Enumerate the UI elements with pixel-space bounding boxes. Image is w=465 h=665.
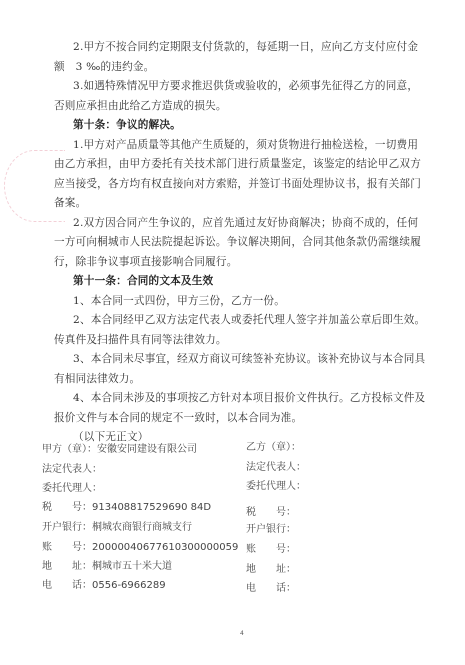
clause-11-item-3: 3、本合同未尽事宜，经双方商议可续签补充协议。该补充协议与本合同具有相同法律效力… xyxy=(54,350,426,389)
party-a-title: 甲方（章）：安徽安同建设有限公司 xyxy=(42,440,197,455)
clause-10-item-2: 2.双方因合同产生争议的，应首先通过友好协商解决；协商不成的，任何一方可向桐城市… xyxy=(54,214,426,273)
clause-11-item-1: 1、本合同一式四份，甲方三份，乙方一份。 xyxy=(54,292,426,312)
page-number: 4 xyxy=(240,630,244,637)
party-b-tax-row: 税号： xyxy=(246,503,296,518)
party-a-agent: 委托代理人： xyxy=(42,479,102,494)
party-a-legal-rep: 法定代表人： xyxy=(42,460,102,475)
contract-body: 2.甲方不按合同约定期限支付货款的，每延期一日，应向乙方支付应付金额 3 ‰的违… xyxy=(54,38,426,448)
clause-11-title: 第十一条：合同的文本及生效 xyxy=(54,272,426,292)
party-a-phone-value: 0556-6966289 xyxy=(92,580,166,591)
party-b-bank-row: 开户银行： xyxy=(246,520,296,535)
clause-10-item-1: 1.甲方对产品质量等其他产生质疑的，须对货物进行抽检送检，一切费用由乙方承担，由… xyxy=(54,136,426,214)
clause-10-title: 第十条：争议的解决。 xyxy=(54,116,426,136)
party-a-tax-value: 913408817529690 84D xyxy=(92,502,211,513)
party-b-account-row: 账号： xyxy=(246,540,296,555)
party-b-address-row: 地址： xyxy=(246,560,296,575)
party-a-account-row: 账号：20000040677610300000059 xyxy=(42,538,238,553)
party-a-phone-row: 电话：0556-6966289 xyxy=(42,576,166,591)
party-a-account-value: 20000040677610300000059 xyxy=(92,542,238,553)
clause-9-item-2: 2.甲方不按合同约定期限支付货款的，每延期一日，应向乙方支付应付金额 3 ‰的违… xyxy=(54,38,426,77)
clause-11-item-4: 4、本合同未涉及的事项按乙方针对本项目报价文件执行。乙方投标文件及报价文件与本合… xyxy=(54,389,426,428)
party-a-bank-value: 桐城农商银行商城支行 xyxy=(92,522,192,533)
document-page: 2.甲方不按合同约定期限支付货款的，每延期一日，应向乙方支付应付金额 3 ‰的违… xyxy=(0,0,465,665)
party-a-tax-row: 税号：913408817529690 84D xyxy=(42,498,211,513)
party-a-address-value: 桐城市五十米大道 xyxy=(92,561,172,572)
clause-11-item-2: 2、本合同经甲乙双方法定代表人或委托代理人签字并加盖公章后即生效。传真件及扫描件… xyxy=(54,311,426,350)
party-b-phone-row: 电话： xyxy=(246,579,296,594)
party-a-bank-row: 开户银行：桐城农商银行商城支行 xyxy=(42,518,192,533)
party-a-address-row: 地址：桐城市五十米大道 xyxy=(42,557,172,572)
party-b-legal-rep: 法定代表人： xyxy=(246,458,306,473)
party-b-title: 乙方（章）： xyxy=(246,438,301,453)
party-b-agent: 委托代理人： xyxy=(246,477,306,492)
clause-9-item-3: 3.如遇特殊情况甲方要求推迟供货或验收的，必须事先征得乙方的同意，否则应承担由此… xyxy=(54,77,426,116)
